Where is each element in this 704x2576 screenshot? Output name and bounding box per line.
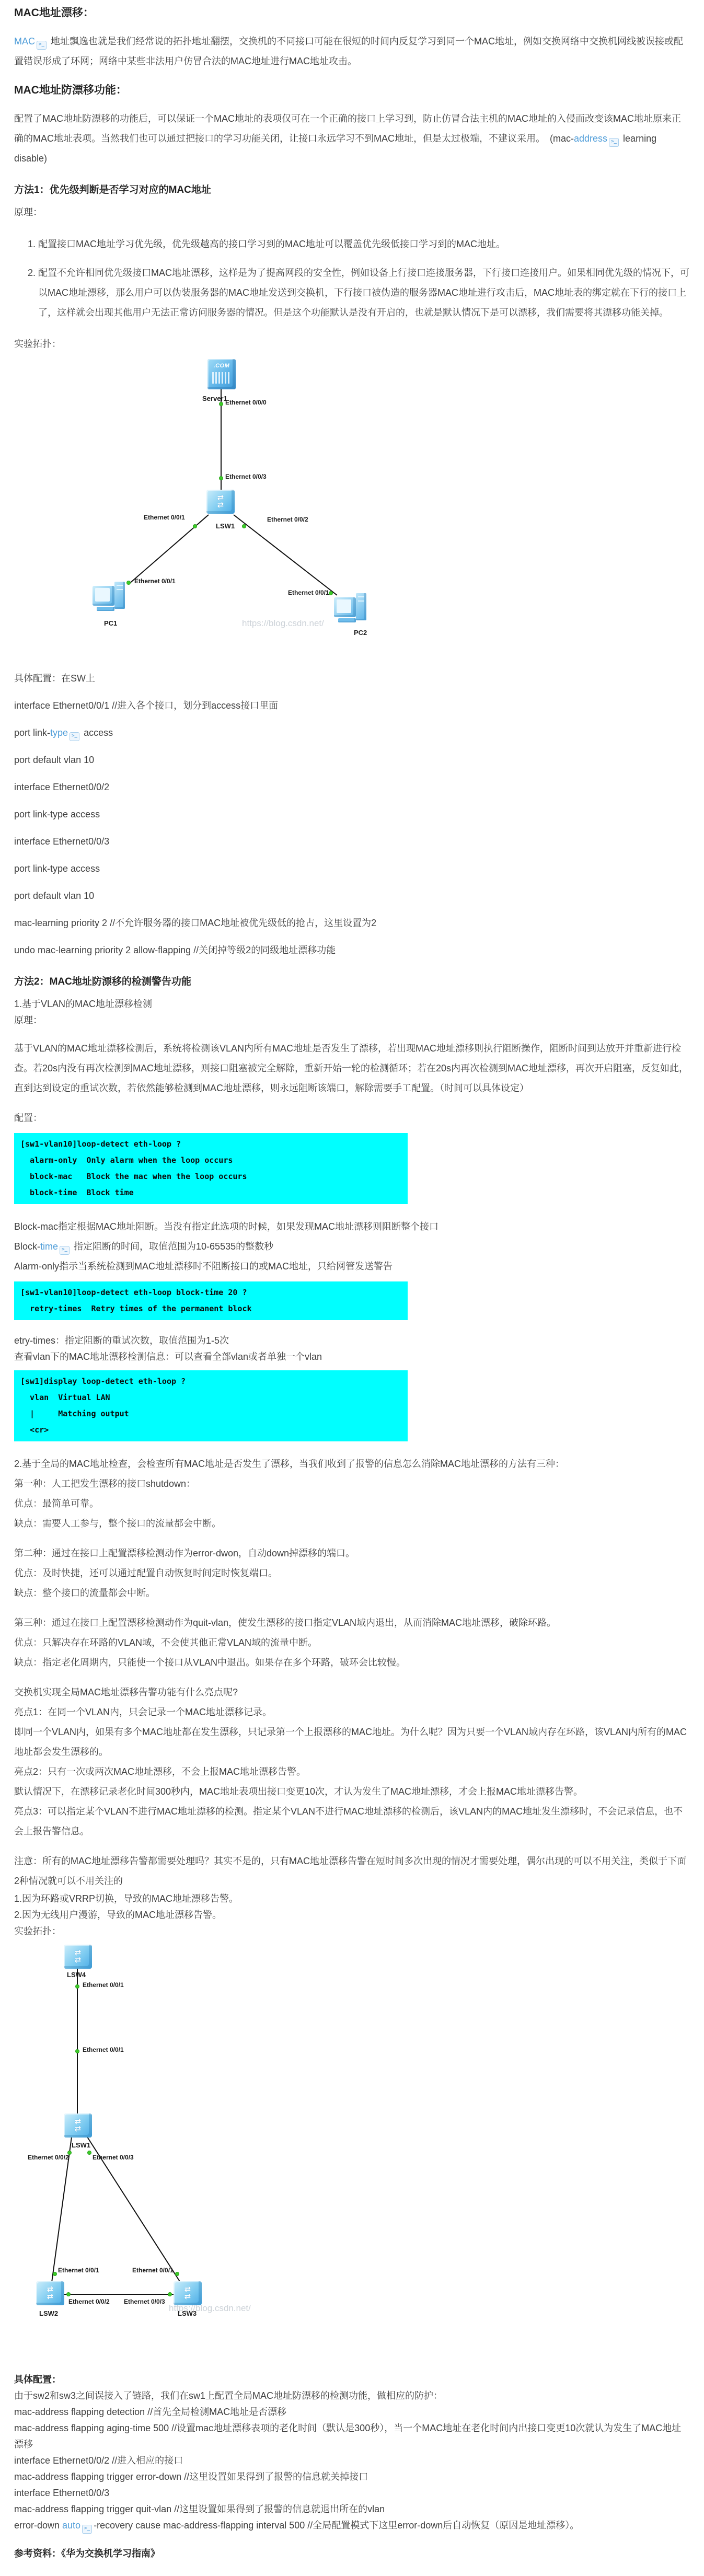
paragraph: error-down auto-recovery cause mac-addre… bbox=[14, 2517, 690, 2534]
port-status-dot bbox=[75, 1984, 79, 1989]
paragraph: 由于sw2和sw3之间误接入了链路，我们在sw1上配置全局MAC地址防漂移的检测… bbox=[14, 2388, 690, 2404]
port-label: Ethernet 0/0/1 bbox=[132, 2267, 174, 2274]
paragraph: interface Ethernet0/0/3 bbox=[14, 831, 690, 851]
paragraph: 参考资料：《华为交换机学习指南》 bbox=[14, 2544, 690, 2563]
text-run: 指定阻断的时间，取值范围为10-65535的整数秒 bbox=[71, 1241, 273, 1252]
paragraph: mac-address flapping trigger quit-vlan /… bbox=[14, 2501, 690, 2517]
paragraph: etry-times：指定阻断的重试次数，取值范围为1-5次 bbox=[14, 1333, 690, 1349]
paragraph: 原理： bbox=[14, 1012, 690, 1029]
paragraph: port link-type access bbox=[14, 723, 690, 743]
link-card-icon[interactable] bbox=[70, 732, 79, 741]
port-label: Ethernet 0/0/2 bbox=[28, 2154, 69, 2161]
port-label: Ethernet 0/0/1 bbox=[58, 2267, 99, 2274]
pc-tower bbox=[356, 593, 366, 620]
inline-link[interactable]: address bbox=[574, 133, 607, 144]
section-heading: MAC地址漂移： bbox=[14, 4, 690, 20]
pc-base bbox=[338, 618, 356, 622]
paragraph: Block-time 指定阻断的时间，取值范围为10-65535的整数秒 bbox=[14, 1237, 690, 1256]
port-status-dot bbox=[242, 524, 246, 528]
port-label: Ethernet 0/0/1 bbox=[83, 1981, 124, 1989]
pc-screen bbox=[95, 588, 110, 602]
text-run: -recovery cause mac-address-flapping int… bbox=[94, 2520, 579, 2531]
paragraph: mac-learning priority 2 //不允许服务器的接口MAC地址… bbox=[14, 913, 690, 933]
switch-arrows-glyph: ⇄ bbox=[47, 2293, 54, 2301]
device-name-lsw2: LSW2 bbox=[39, 2309, 58, 2317]
paragraph: 优点：只解决存在环路的VLAN域，不会使其他正常VLAN域的流量中断。 bbox=[14, 1633, 690, 1653]
paragraph: 第一种：人工把发生漂移的接口shutdown： bbox=[14, 1474, 690, 1494]
switch-arrows-glyph: ⇄ bbox=[217, 502, 224, 509]
port-status-dot bbox=[175, 2272, 179, 2276]
switch-icon-lsw1: ⇄⇄ bbox=[64, 2113, 92, 2138]
server-stripes bbox=[212, 372, 231, 384]
port-status-dot bbox=[66, 2292, 71, 2296]
device-name-pc1: PC1 bbox=[104, 619, 117, 627]
paragraph: Block-mac指定根据MAC地址阻断。当没有指定此选项的时候，如果发现MAC… bbox=[14, 1217, 690, 1237]
topology-diagram1: .COMServer1⇄⇄LSW1PC1PC2Ethernet 0/0/0Eth… bbox=[14, 358, 537, 661]
section-heading: 方法2：MAC地址防漂移的检测警告功能 bbox=[14, 974, 690, 988]
watermark: https://blog.csdn.net/ bbox=[169, 2303, 251, 2314]
pc-icon-pc1 bbox=[93, 582, 127, 614]
paragraph: 具体配置：在SW上 bbox=[14, 668, 690, 688]
switch-arrows-glyph: ⇄ bbox=[75, 1957, 82, 1964]
device-name-pc2: PC2 bbox=[354, 629, 367, 637]
topology-links bbox=[14, 358, 537, 661]
paragraph: 第三种：通过在接口上配置漂移检测动作为quit-vlan，使发生漂移的接口指定V… bbox=[14, 1613, 690, 1633]
paragraph: 交换机实现全局MAC地址漂移告警功能有什么亮点呢? bbox=[14, 1682, 690, 1702]
paragraph: interface Ethernet0/0/2 //进入相应的接口 bbox=[14, 2453, 690, 2469]
device-name-server1: Server1 bbox=[202, 395, 227, 402]
pc-tower-slot bbox=[117, 589, 123, 590]
paragraph: port link-type access bbox=[14, 859, 690, 879]
paragraph: 2.基于全局的MAC地址检查，会检查所有MAC地址是否发生了漂移，当我们收到了报… bbox=[14, 1454, 690, 1474]
port-label: Ethernet 0/0/2 bbox=[68, 2298, 110, 2305]
paragraph: undo mac-learning priority 2 allow-flapp… bbox=[14, 940, 690, 960]
paragraph: 1.因为环路或VRRP切换，导致的MAC地址漂移告警。 bbox=[14, 1891, 690, 1907]
port-status-dot bbox=[87, 2151, 91, 2155]
paragraph: port default vlan 10 bbox=[14, 886, 690, 906]
paragraph: 配置了MAC地址防漂移的功能后，可以保证一个MAC地址的表项仅可在一个正确的接口… bbox=[14, 109, 690, 168]
text-run: port link- bbox=[14, 727, 50, 738]
paragraph: 实验拓扑： bbox=[14, 1923, 690, 1939]
server-icon-server1: .COM bbox=[207, 359, 236, 389]
cli-code-block: [sw1-vlan10]loop-detect eth-loop ? alarm… bbox=[14, 1133, 408, 1204]
paragraph: port default vlan 10 bbox=[14, 750, 690, 770]
link-line bbox=[234, 515, 337, 595]
pc-tower-slot bbox=[117, 585, 123, 586]
list-item: 配置不允许相同优先级接口MAC地址漂移，这样是为了提高网段的安全性，例如设备上行… bbox=[38, 263, 690, 322]
switch-icon-lsw2: ⇄⇄ bbox=[36, 2281, 64, 2305]
link-card-icon[interactable] bbox=[60, 1246, 70, 1255]
paragraph: 基于VLAN的MAC地址漂移检测后，系统将检测该VLAN内所有MAC地址是否发生… bbox=[14, 1038, 690, 1098]
paragraph: 亮点1：在同一个VLAN内，只会记录一个MAC地址漂移记录。 bbox=[14, 1702, 690, 1722]
text-run: access bbox=[81, 727, 113, 738]
switch-arrows-glyph: ⇄ bbox=[75, 2126, 82, 2133]
watermark: https://blog.csdn.net/ bbox=[242, 618, 324, 629]
list-item: 配置接口MAC地址学习优先级，优先级越高的接口学习到的MAC地址可以覆盖优先级低… bbox=[38, 234, 690, 254]
port-status-dot bbox=[126, 581, 131, 585]
section-heading: 方法1：优先级判断是否学习对应的MAC地址 bbox=[14, 182, 690, 196]
paragraph: 优点：最简单可靠。 bbox=[14, 1494, 690, 1514]
paragraph: Alarm-only指示当系统检测到MAC地址漂移时不阻断接口的或MAC地址，只… bbox=[14, 1256, 690, 1276]
port-status-dot bbox=[193, 524, 197, 528]
pc-tower-slot bbox=[358, 596, 364, 597]
port-status-dot bbox=[168, 2292, 172, 2296]
pc-base bbox=[97, 607, 114, 611]
paragraph: 原理： bbox=[14, 204, 690, 221]
port-status-dot bbox=[53, 2272, 57, 2276]
paragraph: interface Ethernet0/0/1 //进入各个接口，划分到acce… bbox=[14, 696, 690, 715]
pc-screen bbox=[337, 599, 351, 613]
port-status-dot bbox=[219, 476, 223, 480]
paragraph: 注意：所有的MAC地址漂移告警都需要处理吗？其实不是的，只有MAC地址漂移告警在… bbox=[14, 1851, 690, 1891]
port-label: Ethernet 0/0/1 bbox=[144, 514, 185, 521]
switch-icon-lsw4: ⇄⇄ bbox=[64, 1945, 92, 1969]
paragraph: 缺点：整个接口的流量都会中断。 bbox=[14, 1583, 690, 1603]
paragraph: 即同一个VLAN内，如果有多个MAC地址都在发生漂移，只记录第一个上报漂移的MA… bbox=[14, 1722, 690, 1762]
paragraph: mac-address flapping detection //首先全局检测M… bbox=[14, 2404, 690, 2420]
section-heading: MAC地址防漂移功能： bbox=[14, 82, 690, 97]
port-label: Ethernet 0/0/3 bbox=[93, 2154, 134, 2161]
port-label: Ethernet 0/0/2 bbox=[267, 516, 308, 523]
paragraph: mac-address flapping trigger error-down … bbox=[14, 2469, 690, 2485]
port-status-dot bbox=[75, 2049, 79, 2053]
text-run: Block- bbox=[14, 1241, 40, 1252]
paragraph: port link-type access bbox=[14, 804, 690, 824]
paragraph: 第二种：通过在接口上配置漂移检测动作为error-dwon，自动down掉漂移的… bbox=[14, 1543, 690, 1563]
article-content: MAC地址漂移：MAC 地址飘逸也就是我们经常说的拓扑地址翻摆，交换机的不同接口… bbox=[0, 4, 704, 2563]
paragraph: 亮点3：可以指定某个VLAN不进行MAC地址漂移的检测。指定某个VLAN不进行M… bbox=[14, 1801, 690, 1841]
text-run: 地址飘逸也就是我们经常说的拓扑地址翻摆，交换机的不同接口可能在很短的时间内反复学… bbox=[14, 36, 683, 66]
pc-tower-slot bbox=[358, 600, 364, 602]
paragraph: interface Ethernet0/0/3 bbox=[14, 2485, 690, 2501]
switch-icon-lsw1: ⇄⇄ bbox=[206, 490, 235, 514]
paragraph: mac-address flapping aging-time 500 //设置… bbox=[14, 2420, 690, 2453]
switch-arrows-glyph: ⇄ bbox=[184, 2293, 191, 2301]
paragraph: 缺点：指定老化周期内，只能使一个接口从VLAN中退出。如果存在多个环路，破环会比… bbox=[14, 1653, 690, 1672]
text-run: error-down bbox=[14, 2520, 62, 2531]
link-card-icon[interactable] bbox=[82, 2525, 92, 2534]
pc-tower bbox=[114, 582, 125, 609]
paragraph: 2.因为无线用户漫游，导致的MAC地址漂移告警。 bbox=[14, 1907, 690, 1923]
server-com-text: .COM bbox=[207, 363, 236, 369]
paragraph: 实验拓扑： bbox=[14, 334, 690, 354]
ordered-list: 配置接口MAC地址学习优先级，优先级越高的接口学习到的MAC地址可以覆盖优先级低… bbox=[14, 234, 690, 322]
device-name-lsw1: LSW1 bbox=[216, 522, 235, 530]
port-label: Ethernet 0/0/1 bbox=[134, 577, 176, 585]
paragraph: interface Ethernet0/0/2 bbox=[14, 777, 690, 797]
paragraph: 优点：及时快捷，还可以通过配置自动恢复时间定时恢复端口。 bbox=[14, 1563, 690, 1583]
port-label: Ethernet 0/0/1 bbox=[83, 2046, 124, 2053]
link-card-icon[interactable] bbox=[37, 41, 47, 50]
pc-monitor bbox=[334, 597, 356, 617]
pc-monitor bbox=[93, 586, 114, 606]
paragraph: 查看vlan下的MAC地址漂移检测信息：可以查看全部vlan或者单独一个vlan bbox=[14, 1349, 690, 1365]
paragraph: 1.基于VLAN的MAC地址漂移检测 bbox=[14, 996, 690, 1012]
port-label: Ethernet 0/0/3 bbox=[225, 473, 267, 480]
paragraph: 亮点2：只有一次或两次MAC地址漂移，不会上报MAC地址漂移告警。 bbox=[14, 1762, 690, 1782]
device-name-lsw1: LSW1 bbox=[72, 2141, 90, 2149]
paragraph: 配置： bbox=[14, 1108, 690, 1128]
inline-link[interactable]: type bbox=[50, 727, 68, 738]
paragraph: MAC 地址飘逸也就是我们经常说的拓扑地址翻摆，交换机的不同接口可能在很短的时间… bbox=[14, 31, 690, 71]
cli-code-block: [sw1]display loop-detect eth-loop ? vlan… bbox=[14, 1370, 408, 1441]
paragraph: 缺点：需要人工参与，整个接口的流量都会中断。 bbox=[14, 1514, 690, 1533]
device-name-lsw4: LSW4 bbox=[67, 1971, 86, 1979]
paragraph: 默认情况下，在漂移记录老化时间300秒内，MAC地址表项出接口变更10次，才认为… bbox=[14, 1782, 690, 1801]
pc-icon-pc2 bbox=[334, 593, 368, 626]
port-label: Ethernet 0/0/3 bbox=[124, 2298, 165, 2305]
paragraph: 具体配置： bbox=[14, 2372, 690, 2388]
port-status-dot bbox=[329, 591, 333, 595]
port-label: Ethernet 0/0/0 bbox=[225, 399, 267, 406]
inline-link[interactable]: auto bbox=[62, 2520, 80, 2531]
port-status-dot bbox=[219, 402, 223, 406]
topology-diagram2: ⇄⇄LSW4⇄⇄LSW1⇄⇄LSW2⇄⇄LSW3Ethernet 0/0/1Et… bbox=[14, 1944, 537, 2362]
cli-code-block: [sw1-vlan10]loop-detect eth-loop block-t… bbox=[14, 1281, 408, 1320]
switch-icon-lsw3: ⇄⇄ bbox=[174, 2281, 202, 2305]
port-label: Ethernet 0/0/1 bbox=[288, 589, 329, 596]
inline-link[interactable]: MAC bbox=[14, 36, 35, 47]
link-card-icon[interactable] bbox=[609, 138, 619, 147]
inline-link[interactable]: time bbox=[40, 1241, 58, 1252]
